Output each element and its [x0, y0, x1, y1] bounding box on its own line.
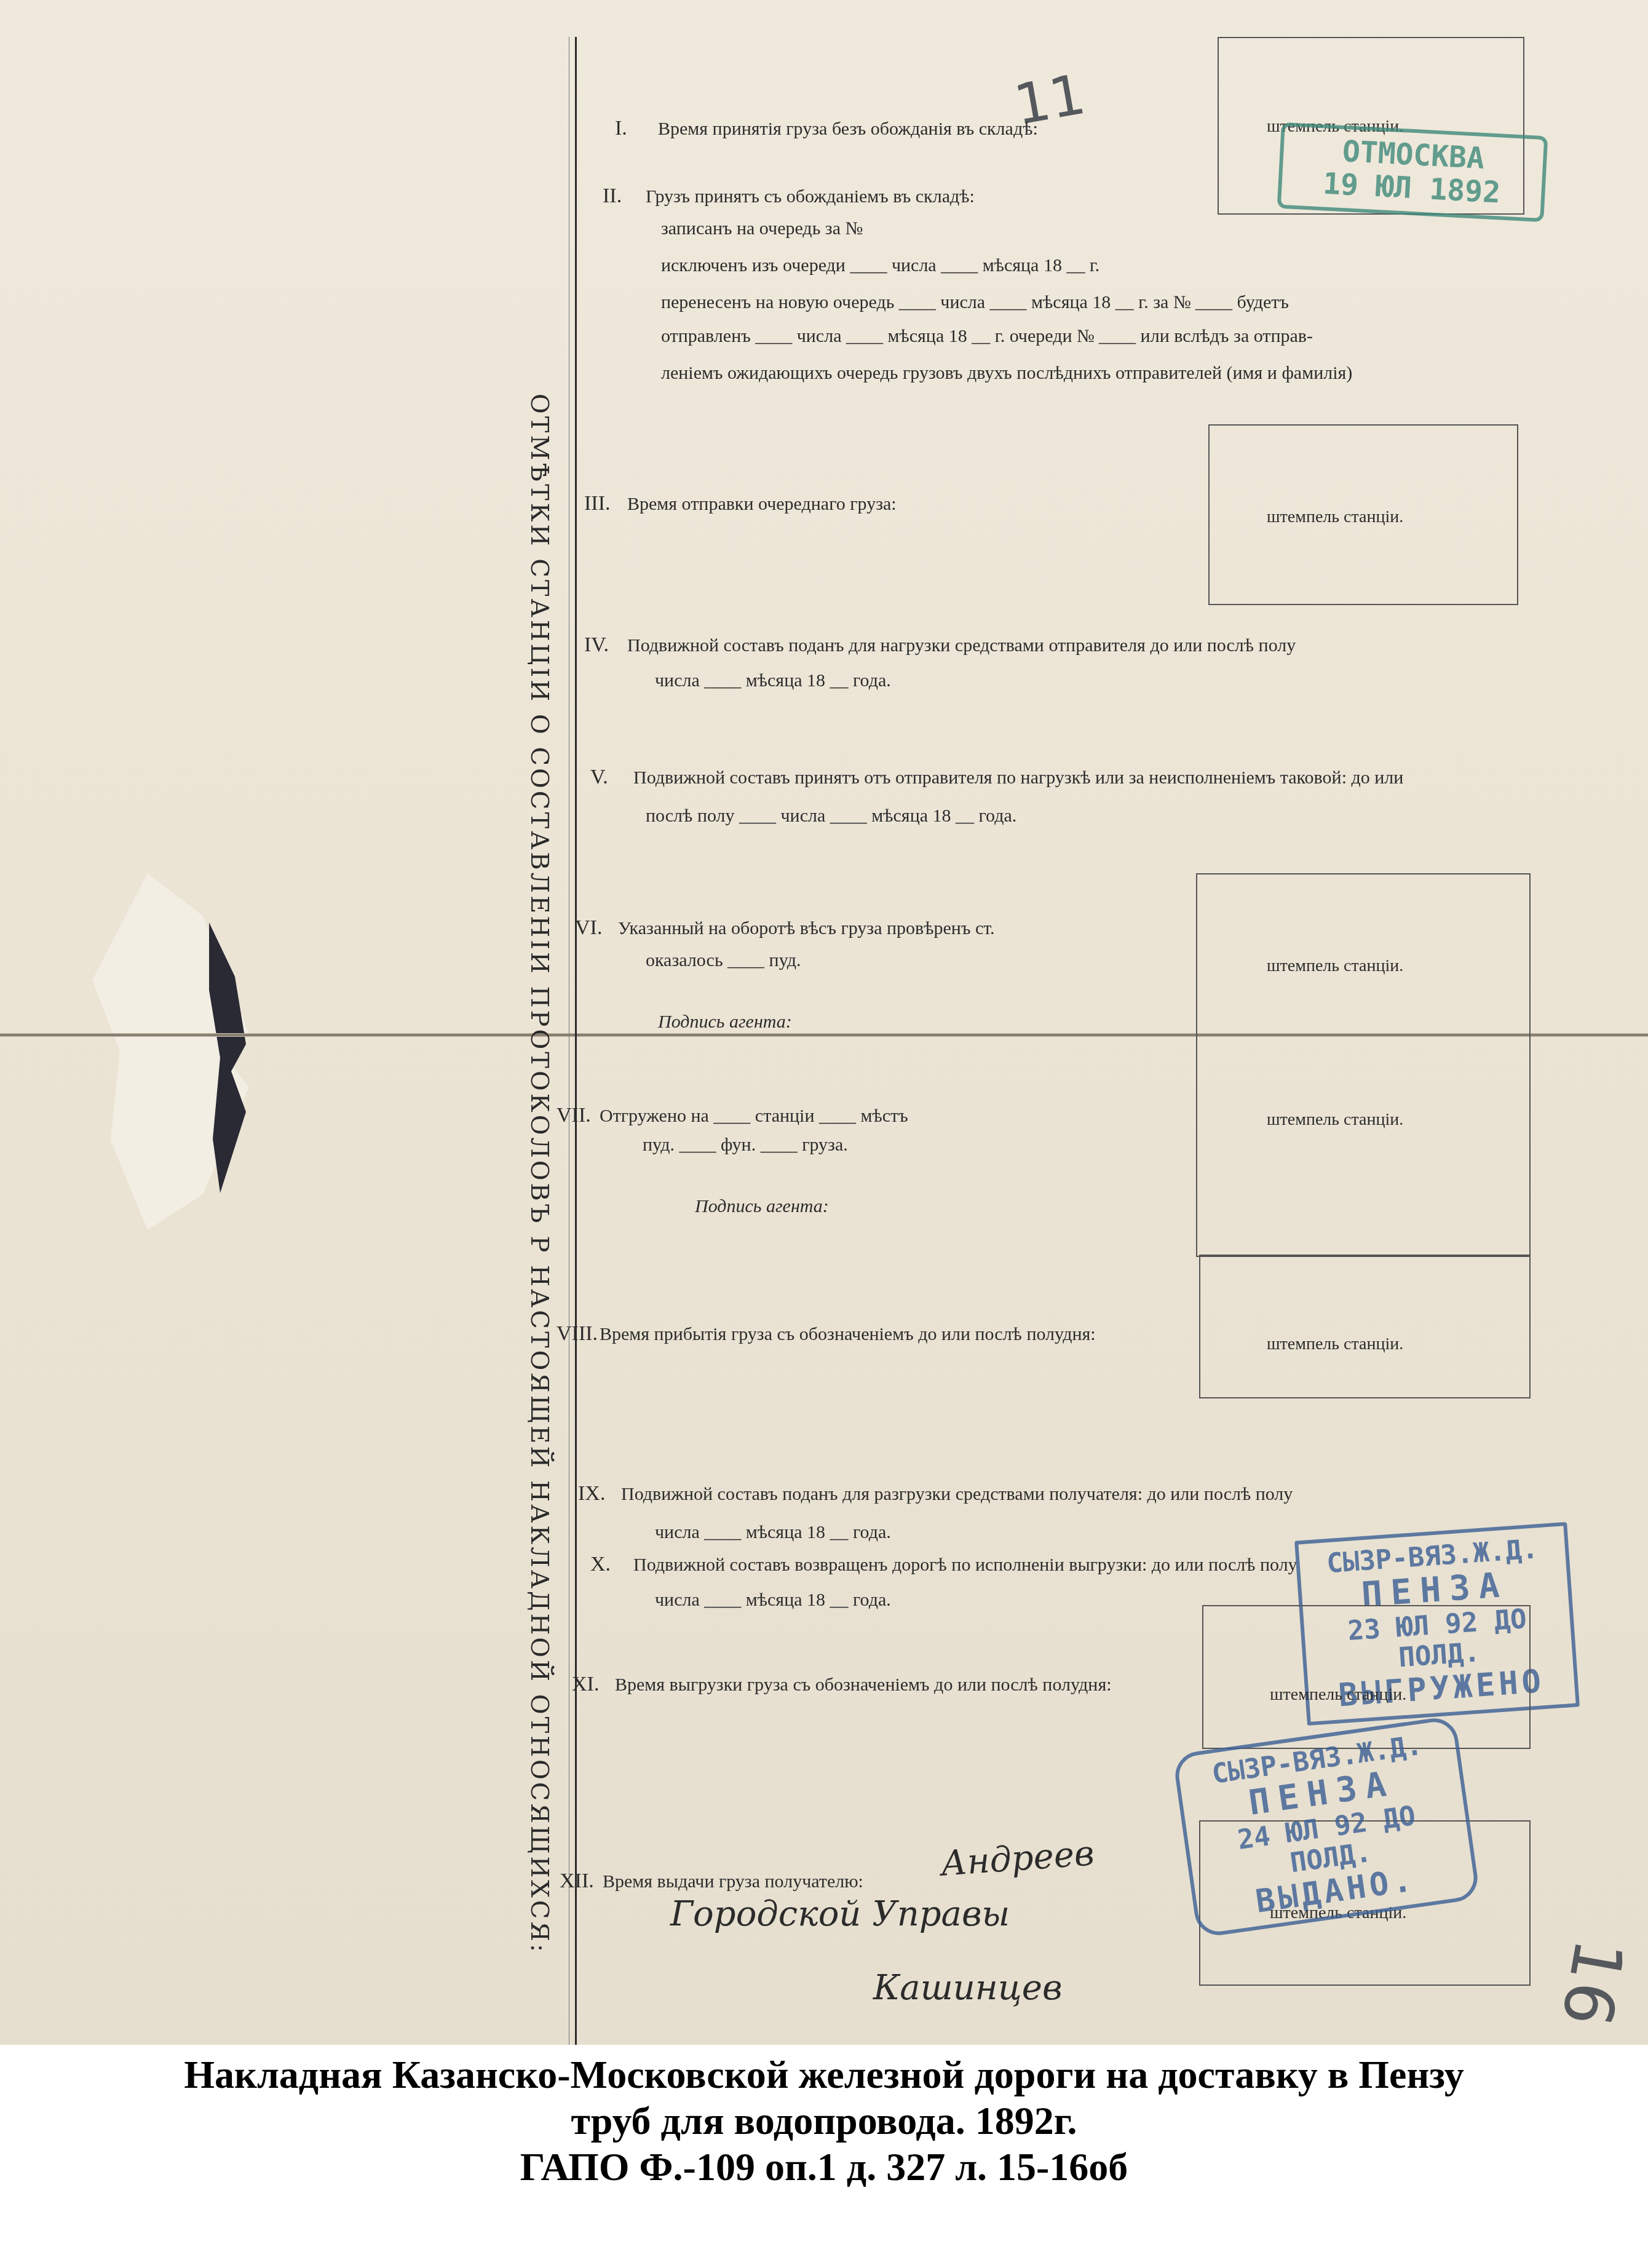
ink-stamp-issued: СЫЗР-ВЯЗ.Ж.Д. ПЕНЗА 24 ЮЛ 92 ДО ПОЛД. ВЫ…	[1172, 1715, 1480, 1938]
caption-line-2: труб для водопровода. 1892г.	[0, 2100, 1648, 2141]
section-2-line: отправленъ ____ числа ____ мѣсяца 18 __ …	[661, 326, 1313, 347]
section-7-line: пуд. ____ фун. ____ груза.	[643, 1135, 848, 1156]
agent-signature-label: Подпись агента:	[658, 1012, 792, 1033]
section-5-line: послѣ полу ____ числа ____ мѣсяца 18 __ …	[646, 806, 1016, 827]
section-3: III.Время отправки очереднаго груза:	[584, 492, 897, 515]
page-number-pencil: 16	[1547, 1933, 1639, 2032]
sidebar-title: ОТМѢТКИ СТАНЦІИ О СОСТАВЛЕНІИ ПРОТОКОЛОВ…	[529, 394, 553, 1574]
margin-rule-thin	[569, 37, 569, 2045]
section-2-line: исключенъ изъ очереди ____ числа ____ мѣ…	[661, 255, 1099, 276]
stamp-label: штемпель станціи.	[1267, 956, 1403, 976]
section-12: XII.Время выдачи груза получателю:	[560, 1870, 863, 1893]
section-1: I.Время принятія груза безъ обожданія въ…	[615, 117, 1038, 140]
margin-rule	[575, 37, 577, 2045]
section-7: VII.Отгружено на ____ станціи ____ мѣстъ	[557, 1104, 908, 1127]
ink-stamp-moscow: ОТМОСКВА19 ЮЛ 1892	[1277, 122, 1548, 222]
section-10-line: числа ____ мѣсяца 18 __ года.	[655, 1590, 891, 1611]
section-2: II.Грузъ принятъ съ обожданіемъ въ склад…	[603, 184, 975, 208]
handwritten-signature: Кашинцев	[873, 1968, 1063, 2008]
stamp-label: штемпель станціи.	[1267, 1110, 1403, 1130]
handwritten-signature: Андреев	[940, 1833, 1095, 1884]
section-6-line: оказалось ____ пуд.	[646, 950, 801, 971]
section-10: X.Подвижной составъ возвращенъ дорогѣ по…	[590, 1553, 1297, 1576]
agent-signature-label: Подпись агента:	[695, 1196, 829, 1217]
caption-line-1: Накладная Казанско-Московской железной д…	[0, 2054, 1648, 2095]
section-5: V.Подвижной составъ принятъ отъ отправит…	[590, 766, 1403, 789]
handwritten-signature: Городской Управы	[670, 1894, 1010, 1934]
section-8: VIII.Время прибытія груза съ обозначеніе…	[557, 1322, 1096, 1346]
section-4: IV.Подвижной составъ поданъ для нагрузки…	[584, 633, 1296, 657]
stamp-label: штемпель станціи.	[1267, 1334, 1403, 1354]
stamp-label: штемпель станціи.	[1270, 1685, 1406, 1705]
section-2-line: перенесенъ на новую очередь ____ числа _…	[661, 292, 1289, 313]
section-9-line: числа ____ мѣсяца 18 __ года.	[655, 1522, 891, 1543]
section-6: VI.Указанный на оборотѣ вѣсъ груза провѣ…	[575, 916, 995, 940]
stamp-box-6-7	[1196, 873, 1531, 1257]
section-2-line: записанъ на очередь за №	[661, 218, 863, 239]
section-2-line: леніемъ ожидающихъ очередь грузовъ двухъ…	[661, 363, 1352, 384]
stamp-label: штемпель станціи.	[1267, 507, 1403, 527]
section-11: XI.Время выгрузки груза съ обозначеніемъ…	[572, 1673, 1112, 1696]
caption-line-3: ГАПО Ф.-109 оп.1 д. 327 л. 15-16об	[0, 2146, 1648, 2187]
section-9: IX.Подвижной составъ поданъ для разгрузк…	[578, 1482, 1293, 1505]
document-scan: ОТМѢТКИ СТАНЦІИ О СОСТАВЛЕНІИ ПРОТОКОЛОВ…	[0, 0, 1648, 2045]
section-4-line: числа ____ мѣсяца 18 __ года.	[655, 670, 891, 691]
stamp-box-8	[1199, 1255, 1531, 1398]
